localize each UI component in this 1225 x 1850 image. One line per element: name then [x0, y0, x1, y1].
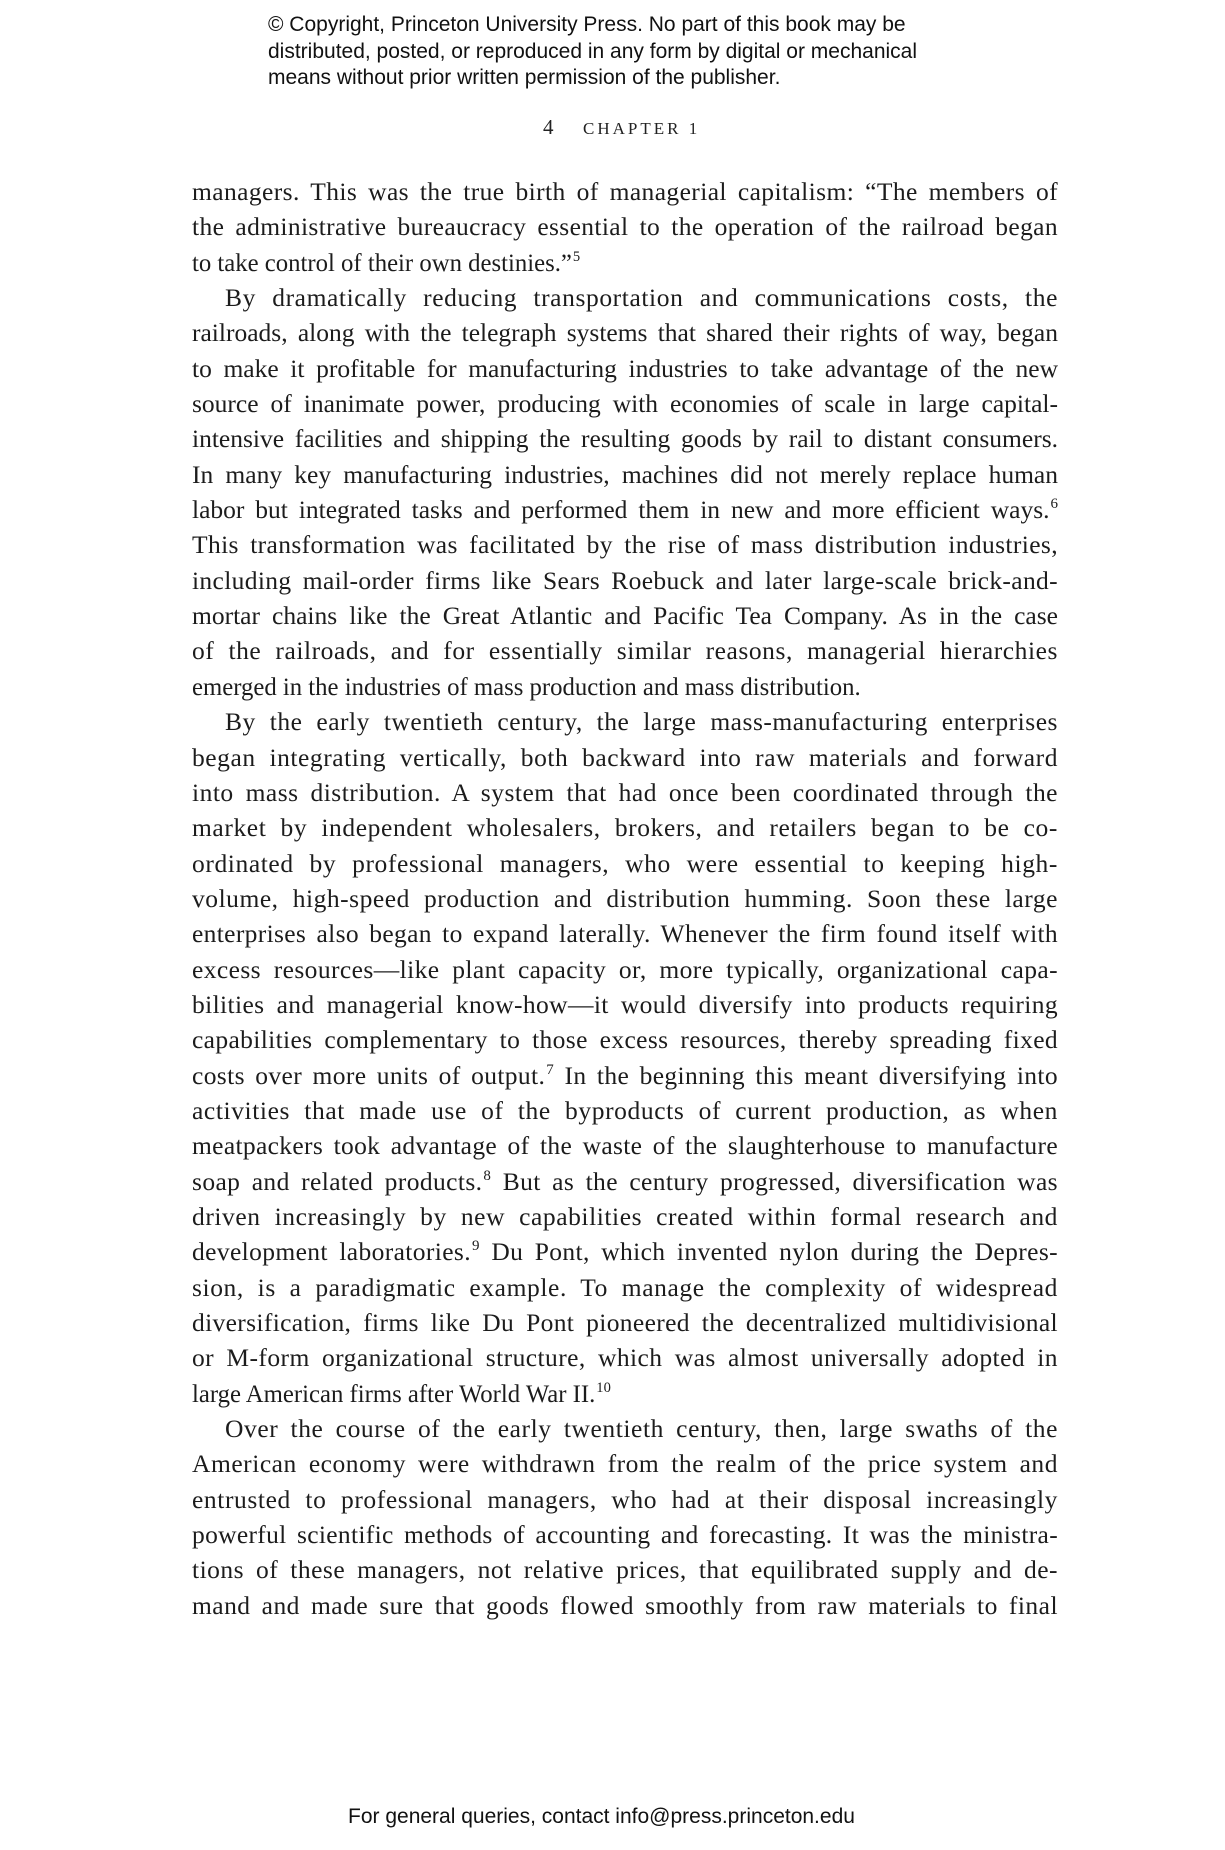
text-line-content: mortar chains like the Great Atlantic an… — [192, 598, 1058, 633]
text-line: bilities and managerial know-how—it woul… — [192, 987, 1058, 1022]
line-text: In many key manufacturing industries, ma… — [192, 460, 1058, 489]
text-line: volume, high-speed production and distri… — [192, 881, 1058, 916]
line-text: volume, high-speed production and distri… — [192, 884, 1058, 913]
text-line: to make it profitable for manufacturing … — [192, 351, 1058, 386]
line-text: activities that made use of the byproduc… — [192, 1096, 1058, 1125]
text-line-content: emerged in the industries of mass produc… — [192, 669, 861, 704]
text-line-content: intensive facilities and shipping the re… — [192, 421, 1058, 456]
text-line: Over the course of the early twentieth c… — [192, 1411, 1058, 1446]
text-line-content: ordinated by professional managers, who … — [192, 846, 1058, 881]
line-text: tions of these managers, not relative pr… — [192, 1555, 1058, 1584]
chapter-label: CHAPTER 1 — [583, 119, 700, 138]
text-line: driven increasingly by new capabilities … — [192, 1199, 1058, 1234]
text-line: American economy were withdrawn from the… — [192, 1446, 1058, 1481]
copyright-notice: © Copyright, Princeton University Press.… — [268, 12, 988, 92]
text-line: into mass distribution. A system that ha… — [192, 775, 1058, 810]
footnote-marker[interactable]: 8 — [483, 1168, 491, 1184]
line-text: into mass distribution. A system that ha… — [192, 778, 1058, 807]
line-text: diversification, firms like Du Pont pion… — [192, 1308, 1058, 1337]
text-line: large American firms after World War II.… — [192, 1376, 1058, 1411]
text-line-content: excess resources—like plant capacity or,… — [192, 952, 1058, 987]
line-text: railroads, along with the telegraph syst… — [192, 318, 1058, 347]
line-text: This transformation was facilitated by t… — [192, 530, 1058, 559]
line-text: meatpackers took advantage of the waste … — [192, 1131, 1058, 1160]
text-line-content: development laboratories.9 Du Pont, whic… — [192, 1234, 1058, 1269]
text-line: intensive facilities and shipping the re… — [192, 421, 1058, 456]
text-line: By dramatically reducing transportation … — [192, 280, 1058, 315]
text-line-content: American economy were withdrawn from the… — [192, 1446, 1058, 1481]
line-text: ordinated by professional managers, who … — [192, 849, 1058, 878]
text-line-content: enterprises also began to expand lateral… — [192, 916, 1058, 951]
line-text: to take control of their own destinies.” — [192, 248, 572, 277]
line-text: By dramatically reducing transportation … — [225, 283, 1058, 312]
text-line: source of inanimate power, producing wit… — [192, 386, 1058, 421]
line-text: development laboratories. — [192, 1237, 471, 1266]
line-text: capabilities complementary to those exce… — [192, 1025, 1058, 1054]
text-line-content: market by independent wholesalers, broke… — [192, 810, 1058, 845]
footnote-marker[interactable]: 5 — [573, 249, 580, 265]
text-line-content: By dramatically reducing transportation … — [225, 280, 1058, 315]
line-text: of the railroads, and for essentially si… — [192, 636, 1058, 665]
text-line: meatpackers took advantage of the waste … — [192, 1128, 1058, 1163]
text-line: soap and related products.8 But as the c… — [192, 1164, 1058, 1199]
text-line-content: into mass distribution. A system that ha… — [192, 775, 1058, 810]
text-line: began integrating vertically, both backw… — [192, 740, 1058, 775]
line-text: bilities and managerial know-how—it woul… — [192, 990, 1058, 1019]
text-line: tions of these managers, not relative pr… — [192, 1552, 1058, 1587]
text-line: the administrative bureaucracy essential… — [192, 209, 1058, 244]
text-line: This transformation was facilitated by t… — [192, 527, 1058, 562]
text-line-content: activities that made use of the byproduc… — [192, 1093, 1058, 1128]
text-line-content: large American firms after World War II.… — [192, 1376, 611, 1411]
text-line: or M-form organizational structure, whic… — [192, 1340, 1058, 1375]
line-text: By the early twentieth century, the larg… — [225, 707, 1058, 736]
text-line-content: began integrating vertically, both backw… — [192, 740, 1058, 775]
copyright-line: means without prior written permission o… — [268, 65, 988, 92]
copyright-line: distributed, posted, or reproduced in an… — [268, 39, 988, 66]
text-line: development laboratories.9 Du Pont, whic… — [192, 1234, 1058, 1269]
text-line-content: diversification, firms like Du Pont pion… — [192, 1305, 1058, 1340]
text-line: mortar chains like the Great Atlantic an… — [192, 598, 1058, 633]
text-line-content: By the early twentieth century, the larg… — [225, 704, 1058, 739]
text-line: managers. This was the true birth of man… — [192, 174, 1058, 209]
footnote-marker[interactable]: 6 — [1051, 496, 1059, 512]
text-line-content: of the railroads, and for essentially si… — [192, 633, 1058, 668]
text-line-content: to make it profitable for manufacturing … — [192, 351, 1058, 386]
text-line: market by independent wholesalers, broke… — [192, 810, 1058, 845]
footer-contact: For general queries, contact info@press.… — [348, 1804, 855, 1830]
line-text: managers. This was the true birth of man… — [192, 177, 1058, 206]
page-number: 4 — [543, 113, 583, 141]
text-line-content: to take control of their own destinies.”… — [192, 245, 580, 280]
text-line-content: managers. This was the true birth of man… — [192, 174, 1058, 209]
copyright-line: © Copyright, Princeton University Press.… — [268, 12, 988, 39]
text-line: sion, is a paradigmatic example. To mana… — [192, 1270, 1058, 1305]
line-text: driven increasingly by new capabilities … — [192, 1202, 1058, 1231]
footnote-marker[interactable]: 7 — [546, 1062, 554, 1078]
text-line: enterprises also began to expand lateral… — [192, 916, 1058, 951]
line-text: But as the century progressed, diversifi… — [491, 1167, 1058, 1196]
text-line: excess resources—like plant capacity or,… — [192, 952, 1058, 987]
text-line-content: including mail-order firms like Sears Ro… — [192, 563, 1058, 598]
text-line: activities that made use of the byproduc… — [192, 1093, 1058, 1128]
text-line-content: This transformation was facilitated by t… — [192, 527, 1058, 562]
text-line: ordinated by professional managers, who … — [192, 846, 1058, 881]
text-line-content: Over the course of the early twentieth c… — [225, 1411, 1058, 1446]
footnote-marker[interactable]: 10 — [596, 1380, 611, 1396]
text-line-content: or M-form organizational structure, whic… — [192, 1340, 1058, 1375]
line-text: mortar chains like the Great Atlantic an… — [192, 601, 1058, 630]
text-line: capabilities complementary to those exce… — [192, 1022, 1058, 1057]
text-line-content: source of inanimate power, producing wit… — [192, 386, 1058, 421]
text-line: diversification, firms like Du Pont pion… — [192, 1305, 1058, 1340]
line-text: In the beginning this meant diversifying… — [554, 1061, 1058, 1090]
line-text: including mail-order firms like Sears Ro… — [192, 566, 1058, 595]
line-text: mand and made sure that goods flowed smo… — [192, 1591, 1058, 1620]
text-line: By the early twentieth century, the larg… — [192, 704, 1058, 739]
line-text: Over the course of the early twentieth c… — [225, 1414, 1058, 1443]
text-line: In many key manufacturing industries, ma… — [192, 457, 1058, 492]
text-line-content: meatpackers took advantage of the waste … — [192, 1128, 1058, 1163]
text-line-content: mand and made sure that goods flowed smo… — [192, 1588, 1058, 1623]
line-text: soap and related products. — [192, 1167, 482, 1196]
text-line-content: sion, is a paradigmatic example. To mana… — [192, 1270, 1058, 1305]
text-line: railroads, along with the telegraph syst… — [192, 315, 1058, 350]
line-text: enterprises also began to expand lateral… — [192, 919, 1058, 948]
text-line: of the railroads, and for essentially si… — [192, 633, 1058, 668]
text-line: including mail-order firms like Sears Ro… — [192, 563, 1058, 598]
line-text: large American firms after World War II. — [192, 1379, 595, 1408]
line-text: labor but integrated tasks and performed… — [192, 495, 1050, 524]
line-text: powerful scientific methods of accountin… — [192, 1520, 1058, 1549]
text-line-content: driven increasingly by new capabilities … — [192, 1199, 1058, 1234]
footnote-marker[interactable]: 9 — [472, 1238, 480, 1254]
text-line: powerful scientific methods of accountin… — [192, 1517, 1058, 1552]
line-text: emerged in the industries of mass produc… — [192, 672, 861, 701]
line-text: market by independent wholesalers, broke… — [192, 813, 1058, 842]
text-line-content: the administrative bureaucracy essential… — [192, 209, 1058, 244]
text-line: labor but integrated tasks and performed… — [192, 492, 1058, 527]
text-line-content: powerful scientific methods of accountin… — [192, 1517, 1058, 1552]
text-line-content: labor but integrated tasks and performed… — [192, 492, 1058, 527]
text-line-content: entrusted to professional managers, who … — [192, 1482, 1058, 1517]
line-text: or M-form organizational structure, whic… — [192, 1343, 1058, 1372]
text-line-content: bilities and managerial know-how—it woul… — [192, 987, 1058, 1022]
line-text: source of inanimate power, producing wit… — [192, 389, 1058, 418]
line-text: sion, is a paradigmatic example. To mana… — [192, 1273, 1058, 1302]
text-line: mand and made sure that goods flowed smo… — [192, 1588, 1058, 1623]
line-text: American economy were withdrawn from the… — [192, 1449, 1058, 1478]
text-line-content: tions of these managers, not relative pr… — [192, 1552, 1058, 1587]
line-text: to make it profitable for manufacturing … — [192, 354, 1058, 383]
line-text: entrusted to professional managers, who … — [192, 1485, 1058, 1514]
text-line: to take control of their own destinies.”… — [192, 245, 1058, 280]
line-text: Du Pont, which invented nylon during the… — [480, 1237, 1058, 1266]
text-line-content: costs over more units of output.7 In the… — [192, 1058, 1058, 1093]
line-text: excess resources—like plant capacity or,… — [192, 955, 1058, 984]
line-text: the administrative bureaucracy essential… — [192, 212, 1058, 241]
running-head: 4CHAPTER 1 — [543, 113, 700, 141]
text-line-content: soap and related products.8 But as the c… — [192, 1164, 1058, 1199]
text-line-content: volume, high-speed production and distri… — [192, 881, 1058, 916]
text-line-content: railroads, along with the telegraph syst… — [192, 315, 1058, 350]
line-text: intensive facilities and shipping the re… — [192, 424, 1058, 453]
text-line: emerged in the industries of mass produc… — [192, 669, 1058, 704]
line-text: costs over more units of output. — [192, 1061, 545, 1090]
body-text: managers. This was the true birth of man… — [192, 174, 1058, 1623]
text-line-content: In many key manufacturing industries, ma… — [192, 457, 1058, 492]
text-line-content: capabilities complementary to those exce… — [192, 1022, 1058, 1057]
text-line: entrusted to professional managers, who … — [192, 1482, 1058, 1517]
line-text: began integrating vertically, both backw… — [192, 743, 1058, 772]
text-line: costs over more units of output.7 In the… — [192, 1058, 1058, 1093]
